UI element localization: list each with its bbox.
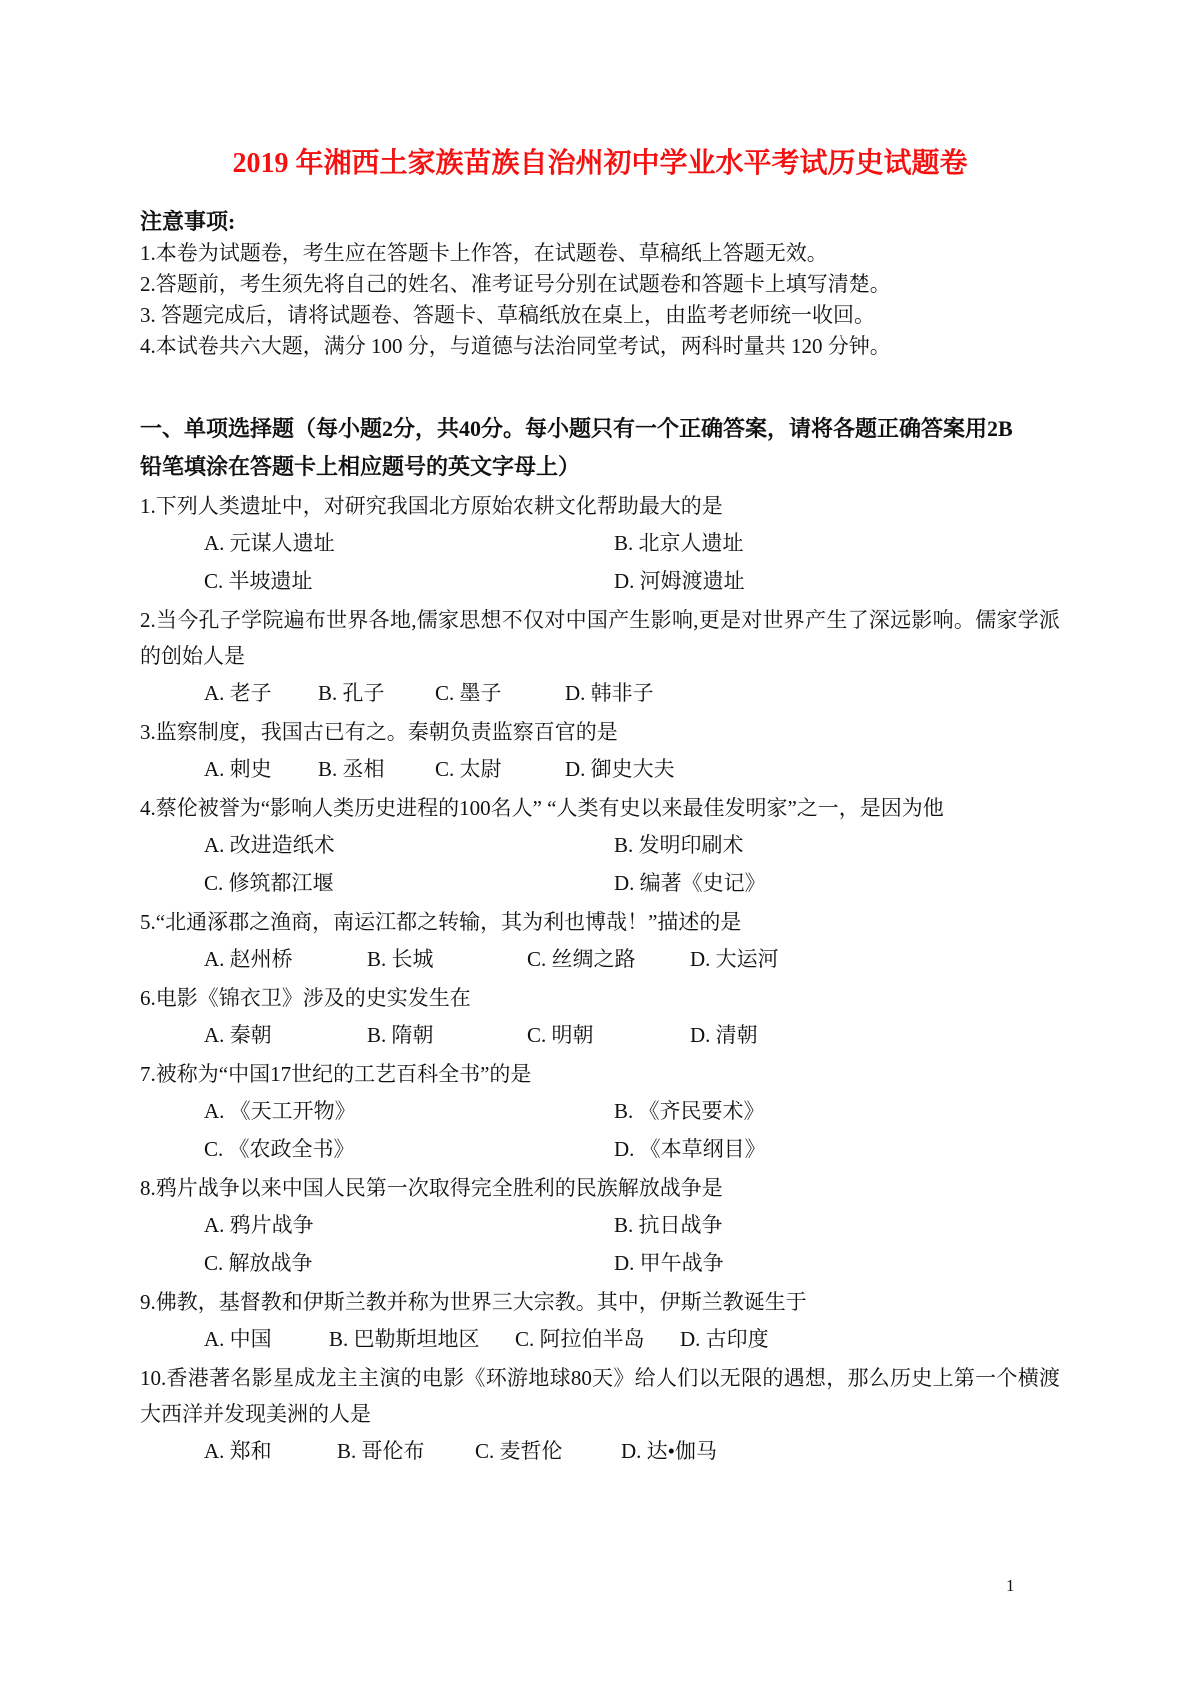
options-group: A. 郑和 B. 哥伦布 C. 麦哲伦 D. 达•伽马	[140, 1432, 1060, 1470]
option-a: A. 老子	[204, 674, 318, 712]
options-group: A. 秦朝 B. 隋朝 C. 明朝 D. 清朝	[140, 1016, 1060, 1054]
option-b: B. 孔子	[318, 674, 435, 712]
options-group: A. 老子 B. 孔子 C. 墨子 D. 韩非子	[140, 674, 1060, 712]
option-c: C. 墨子	[435, 674, 565, 712]
option-b: B. 哥伦布	[337, 1432, 475, 1470]
question-10: 10.香港著名影星成龙主主演的电影《环游地球80天》给人们以无限的遇想，那么历史…	[140, 1360, 1060, 1470]
option-d: D. 甲午战争	[614, 1244, 1060, 1282]
option-a: A. 中国	[204, 1320, 329, 1358]
question-2: 2.当今孔子学院遍布世界各地,儒家思想不仅对中国产生影响,更是对世界产生了深远影…	[140, 602, 1060, 712]
option-d: D. 大运河	[690, 940, 1060, 978]
option-d: D. 达•伽马	[621, 1432, 1060, 1470]
notice-section: 注意事项: 1.本卷为试题卷，考生应在答题卡上作答，在试题卷、草稿纸上答题无效。…	[140, 206, 1060, 362]
question-text: 8.鸦片战争以来中国人民第一次取得完全胜利的民族解放战争是	[140, 1170, 1060, 1206]
exam-title: 2019 年湘西土家族苗族自治州初中学业水平考试历史试题卷	[140, 144, 1060, 184]
option-a: A. 郑和	[204, 1432, 337, 1470]
question-8: 8.鸦片战争以来中国人民第一次取得完全胜利的民族解放战争是 A. 鸦片战争 B.…	[140, 1170, 1060, 1282]
section-heading: 一、单项选择题（每小题2分，共40分。每小题只有一个正确答案，请将各题正确答案用…	[140, 410, 1060, 486]
question-1: 1.下列人类遗址中，对研究我国北方原始农耕文化帮助最大的是 A. 元谋人遗址 B…	[140, 488, 1060, 600]
option-c: C. 阿拉伯半岛	[515, 1320, 680, 1358]
section-heading-line1: 一、单项选择题（每小题2分，共40分。每小题只有一个正确答案，请将各题正确答案用…	[140, 410, 1060, 448]
page-number: 1	[1006, 1576, 1015, 1596]
option-b: B. 北京人遗址	[614, 524, 1060, 562]
question-text: 1.下列人类遗址中，对研究我国北方原始农耕文化帮助最大的是	[140, 488, 1060, 524]
option-c: C. 太尉	[435, 750, 565, 788]
question-6: 6.电影《锦衣卫》涉及的史实发生在 A. 秦朝 B. 隋朝 C. 明朝 D. 清…	[140, 980, 1060, 1054]
option-b: B. 长城	[367, 940, 527, 978]
option-b: B. 《齐民要术》	[614, 1092, 1060, 1130]
options-group: A. 元谋人遗址 B. 北京人遗址 C. 半坡遗址 D. 河姆渡遗址	[140, 524, 1060, 600]
option-a: A. 刺史	[204, 750, 318, 788]
option-a: A. 秦朝	[204, 1016, 367, 1054]
option-d: D. 御史大夫	[565, 750, 1060, 788]
option-d: D. 清朝	[690, 1016, 1060, 1054]
option-b: B. 发明印刷术	[614, 826, 1060, 864]
options-group: A. 改进造纸术 B. 发明印刷术 C. 修筑都江堰 D. 编著《史记》	[140, 826, 1060, 902]
options-group: A. 刺史 B. 丞相 C. 太尉 D. 御史大夫	[140, 750, 1060, 788]
question-text: 6.电影《锦衣卫》涉及的史实发生在	[140, 980, 1060, 1016]
options-group: A. 赵州桥 B. 长城 C. 丝绸之路 D. 大运河	[140, 940, 1060, 978]
question-text: 10.香港著名影星成龙主主演的电影《环游地球80天》给人们以无限的遇想，那么历史…	[140, 1360, 1060, 1432]
option-b: B. 抗日战争	[614, 1206, 1060, 1244]
option-d: D. 河姆渡遗址	[614, 562, 1060, 600]
page-content: 2019 年湘西土家族苗族自治州初中学业水平考试历史试题卷 注意事项: 1.本卷…	[140, 144, 1060, 1470]
option-d: D. 古印度	[680, 1320, 1060, 1358]
option-d: D. 韩非子	[565, 674, 1060, 712]
option-c: C. 《农政全书》	[204, 1130, 614, 1168]
exam-paper-page: 2019 年湘西土家族苗族自治州初中学业水平考试历史试题卷 注意事项: 1.本卷…	[0, 0, 1200, 1698]
option-c: C. 半坡遗址	[204, 562, 614, 600]
option-c: C. 麦哲伦	[475, 1432, 621, 1470]
option-b: B. 巴勒斯坦地区	[329, 1320, 515, 1358]
notice-item-4: 4.本试卷共六大题，满分 100 分，与道德与法治同堂考试，两科时量共 120 …	[140, 331, 1060, 362]
question-text: 2.当今孔子学院遍布世界各地,儒家思想不仅对中国产生影响,更是对世界产生了深远影…	[140, 602, 1060, 674]
question-text: 9.佛教，基督教和伊斯兰教并称为世界三大宗教。其中，伊斯兰教诞生于	[140, 1284, 1060, 1320]
notice-heading: 注意事项:	[140, 206, 1060, 238]
options-group: A. 中国 B. 巴勒斯坦地区 C. 阿拉伯半岛 D. 古印度	[140, 1320, 1060, 1358]
option-c: C. 修筑都江堰	[204, 864, 614, 902]
option-a: A. 改进造纸术	[204, 826, 614, 864]
section-heading-line2: 铅笔填涂在答题卡上相应题号的英文字母上）	[140, 448, 1060, 486]
option-a: A. 赵州桥	[204, 940, 367, 978]
option-d: D. 编著《史记》	[614, 864, 1060, 902]
option-a: A. 《天工开物》	[204, 1092, 614, 1130]
question-9: 9.佛教，基督教和伊斯兰教并称为世界三大宗教。其中，伊斯兰教诞生于 A. 中国 …	[140, 1284, 1060, 1358]
notice-item-1: 1.本卷为试题卷，考生应在答题卡上作答，在试题卷、草稿纸上答题无效。	[140, 238, 1060, 269]
options-group: A. 《天工开物》 B. 《齐民要术》 C. 《农政全书》 D. 《本草纲目》	[140, 1092, 1060, 1168]
question-3: 3.监察制度，我国古已有之。秦朝负责监察百官的是 A. 刺史 B. 丞相 C. …	[140, 714, 1060, 788]
option-c: C. 明朝	[527, 1016, 690, 1054]
option-c: C. 丝绸之路	[527, 940, 690, 978]
option-d: D. 《本草纲目》	[614, 1130, 1060, 1168]
question-text: 7.被称为“中国17世纪的工艺百科全书”的是	[140, 1056, 1060, 1092]
option-c: C. 解放战争	[204, 1244, 614, 1282]
option-a: A. 元谋人遗址	[204, 524, 614, 562]
option-a: A. 鸦片战争	[204, 1206, 614, 1244]
options-group: A. 鸦片战争 B. 抗日战争 C. 解放战争 D. 甲午战争	[140, 1206, 1060, 1282]
question-4: 4.蔡伦被誉为“影响人类历史进程的100名人” “人类有史以来最佳发明家”之一，…	[140, 790, 1060, 902]
option-b: B. 隋朝	[367, 1016, 527, 1054]
question-text: 3.监察制度，我国古已有之。秦朝负责监察百官的是	[140, 714, 1060, 750]
question-text: 4.蔡伦被誉为“影响人类历史进程的100名人” “人类有史以来最佳发明家”之一，…	[140, 790, 1060, 826]
question-7: 7.被称为“中国17世纪的工艺百科全书”的是 A. 《天工开物》 B. 《齐民要…	[140, 1056, 1060, 1168]
option-b: B. 丞相	[318, 750, 435, 788]
notice-item-2: 2.答题前，考生须先将自己的姓名、准考证号分别在试题卷和答题卡上填写清楚。	[140, 269, 1060, 300]
question-5: 5.“北通涿郡之渔商，南运江都之转输，其为利也博哉！”描述的是 A. 赵州桥 B…	[140, 904, 1060, 978]
question-text: 5.“北通涿郡之渔商，南运江都之转输，其为利也博哉！”描述的是	[140, 904, 1060, 940]
notice-item-3: 3. 答题完成后，请将试题卷、答题卡、草稿纸放在桌上，由监考老师统一收回。	[140, 300, 1060, 331]
